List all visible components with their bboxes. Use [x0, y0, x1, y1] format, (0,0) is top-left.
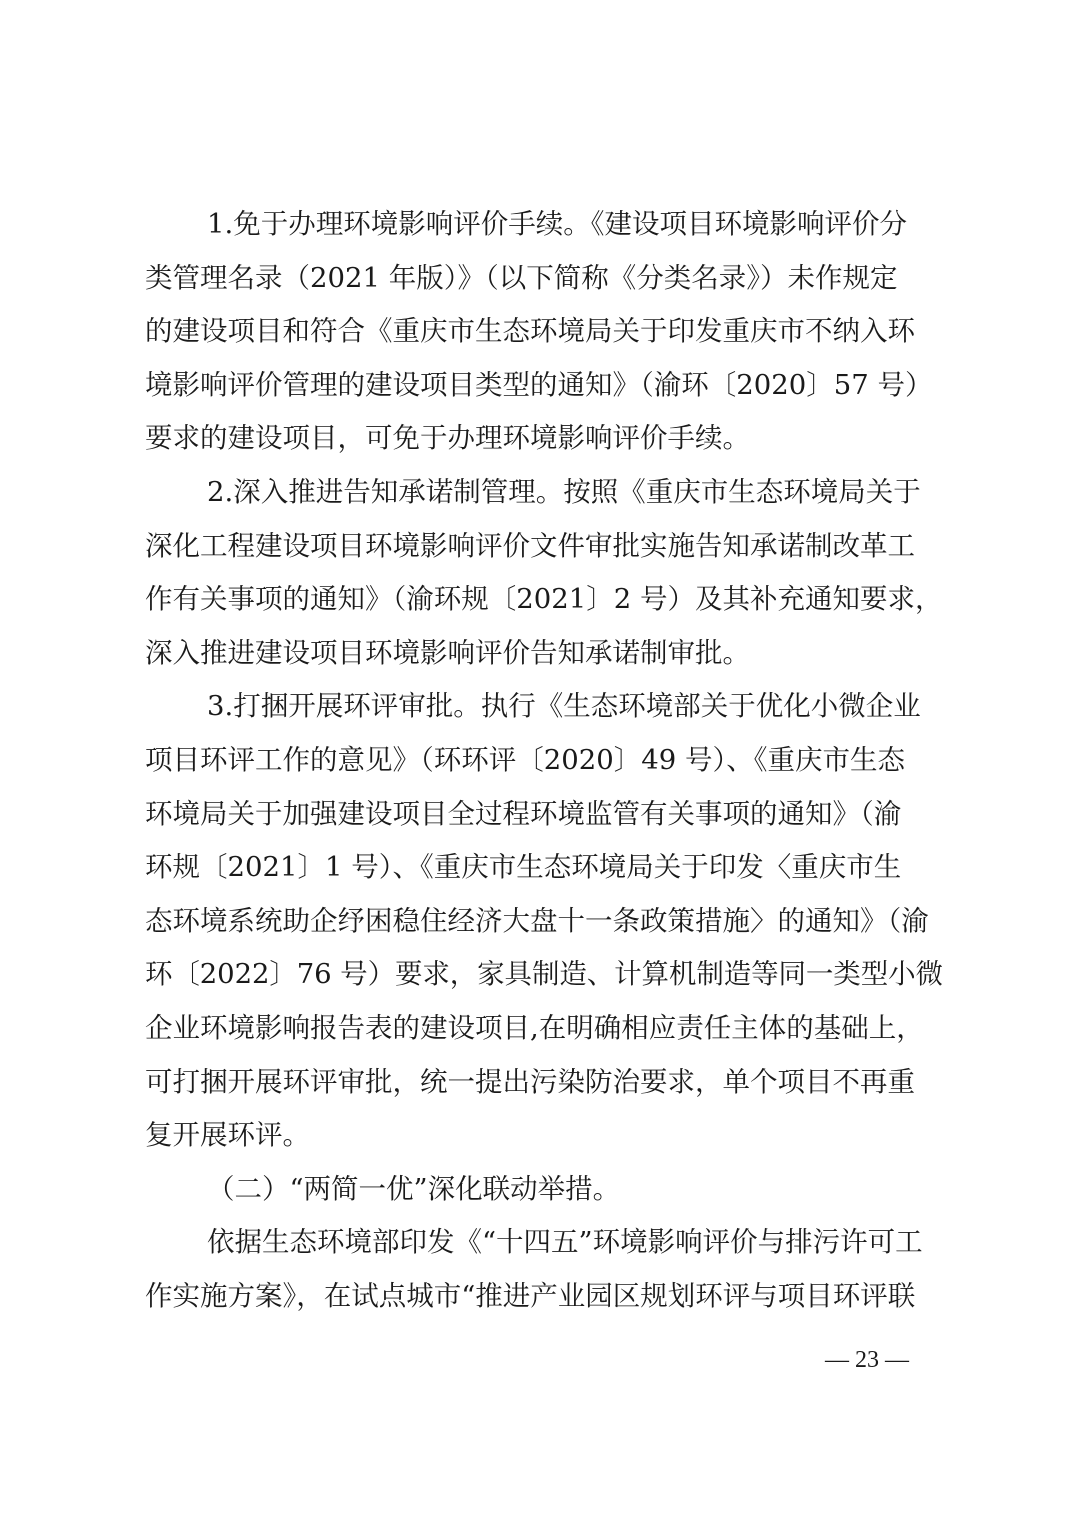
- document-body: 1.免于办理环境影响评价手续。《建设项目环境影响评价分 类管理名录（2021 年…: [145, 198, 943, 1323]
- item-2-line-3: 作有关事项的通知》（渝环规〔2021〕2 号）及其补充通知要求，: [145, 573, 943, 627]
- item-1-line-4: 境影响评价管理的建设项目类型的通知》（渝环〔2020〕57 号）: [145, 359, 943, 413]
- item-1-line-3: 的建设项目和符合《重庆市生态环境局关于印发重庆市不纳入环: [145, 305, 943, 359]
- item-1-line-5: 要求的建设项目，可免于办理环境影响评价手续。: [145, 412, 943, 466]
- item-1-line-1: 1.免于办理环境影响评价手续。《建设项目环境影响评价分: [145, 198, 943, 252]
- section-heading: （二）“两简一优”深化联动举措。: [145, 1163, 943, 1217]
- item-3-line-6: 环〔2022〕76 号）要求，家具制造、计算机制造等同一类型小微: [145, 948, 943, 1002]
- item-2-line-1: 2.深入推进告知承诺制管理。按照《重庆市生态环境局关于: [145, 466, 943, 520]
- item-2-line-2: 深化工程建设项目环境影响评价文件审批实施告知承诺制改革工: [145, 520, 943, 574]
- item-3-line-3: 环境局关于加强建设项目全过程环境监管有关事项的通知》（渝: [145, 788, 943, 842]
- item-2-line-4: 深入推进建设项目环境影响评价告知承诺制审批。: [145, 627, 943, 681]
- basis-line-2: 作实施方案》，在试点城市“推进产业园区规划环评与项目环评联: [145, 1270, 943, 1324]
- item-3-line-8: 可打捆开展环评审批，统一提出污染防治要求，单个项目不再重: [145, 1056, 943, 1110]
- item-3-line-5: 态环境系统助企纾困稳住经济大盘十一条政策措施〉的通知》（渝: [145, 895, 943, 949]
- item-3-line-4: 环规〔2021〕1 号）、《重庆市生态环境局关于印发〈重庆市生: [145, 841, 943, 895]
- item-3-line-9: 复开展环评。: [145, 1109, 943, 1163]
- basis-line-1: 依据生态环境部印发《“十四五”环境影响评价与排污许可工: [145, 1216, 943, 1270]
- item-3-line-1: 3.打捆开展环评审批。执行《生态环境部关于优化小微企业: [145, 680, 943, 734]
- page-number: — 23 —: [812, 1342, 922, 1378]
- item-3-line-7: 企业环境影响报告表的建设项目,在明确相应责任主体的基础上，: [145, 1002, 943, 1056]
- item-1-line-2: 类管理名录（2021 年版）》（以下简称《分类名录》）未作规定: [145, 252, 943, 306]
- item-3-line-2: 项目环评工作的意见》（环环评〔2020〕49 号）、《重庆市生态: [145, 734, 943, 788]
- document-page: 1.免于办理环境影响评价手续。《建设项目环境影响评价分 类管理名录（2021 年…: [0, 0, 1074, 1520]
